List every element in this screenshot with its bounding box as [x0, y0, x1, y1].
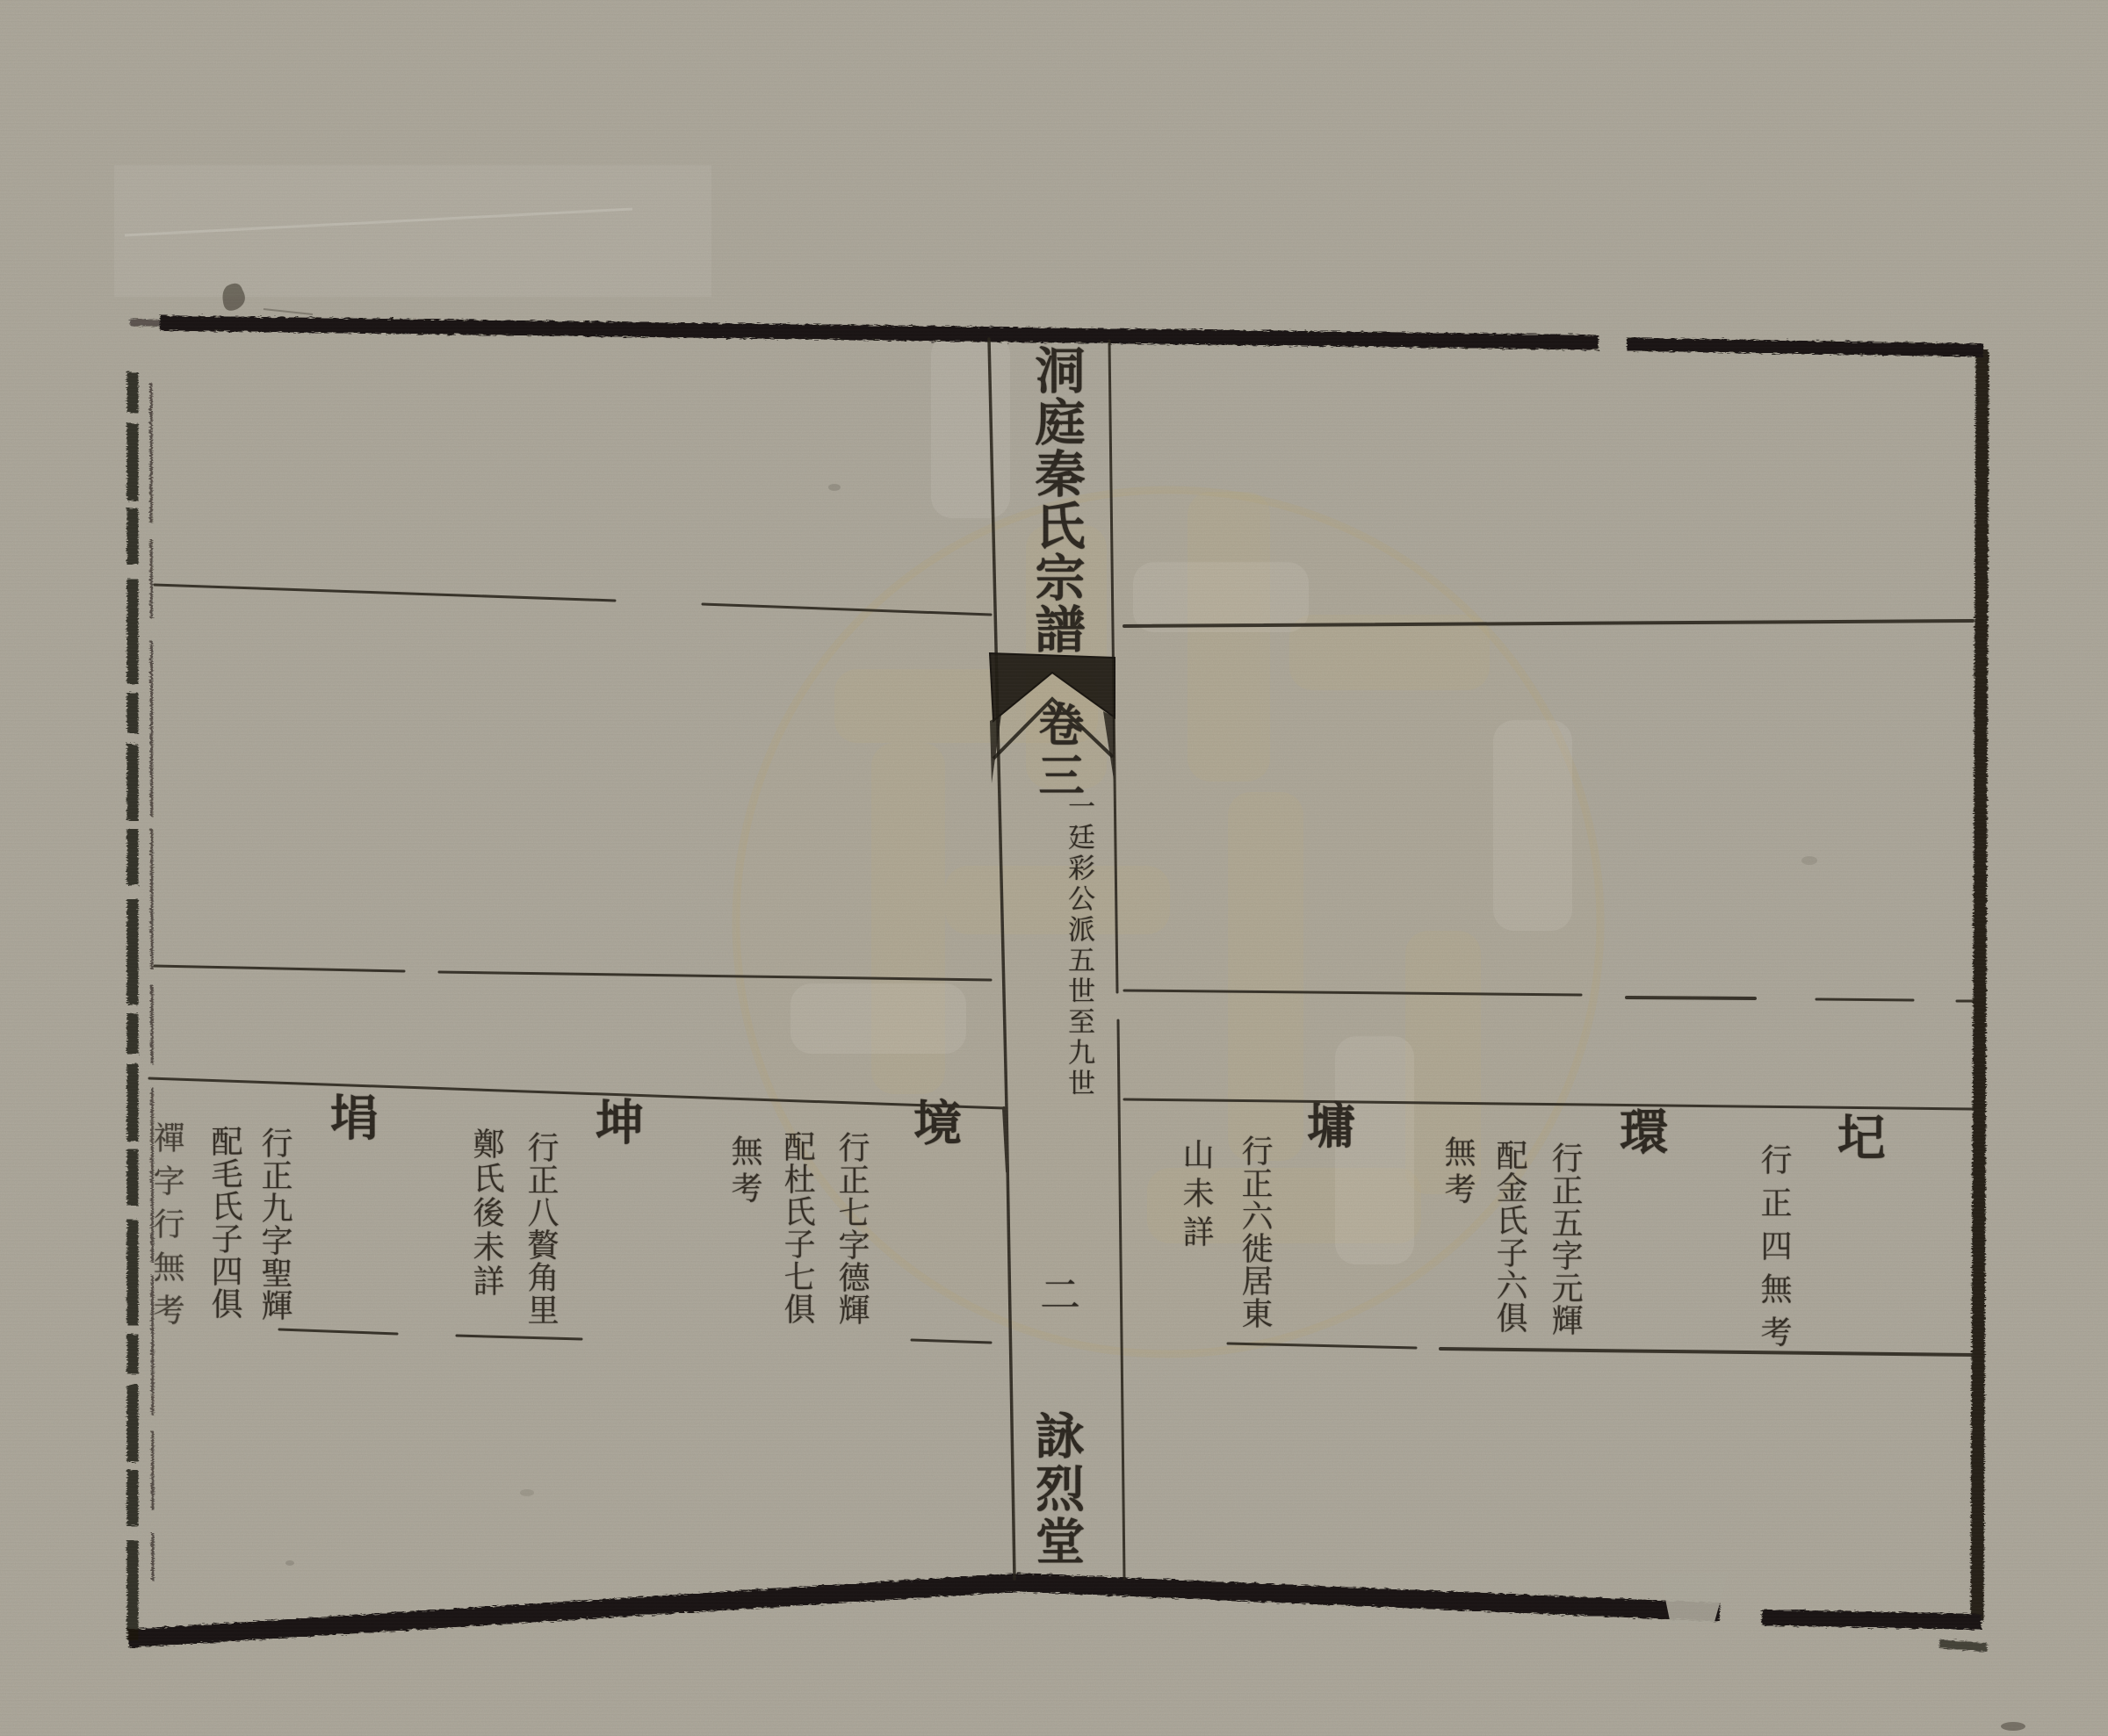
- entry-name: 墉: [1298, 1100, 1351, 1149]
- entry-detail-column: 禪字行無考: [148, 1121, 183, 1336]
- entry-detail-column: 行正七字德輝: [833, 1131, 868, 1326]
- entry-detail-column: 鄭氏後未詳: [467, 1127, 502, 1299]
- entry-detail-column: 行正六徙居東: [1236, 1135, 1271, 1329]
- entry-detail-column: 配杜氏子七俱: [778, 1130, 813, 1325]
- entry-detail-column: 無考: [726, 1135, 761, 1208]
- entry-name: 境: [905, 1098, 957, 1146]
- entry-name: 埍: [321, 1092, 374, 1141]
- entry-detail-column: 行正四無考: [1755, 1143, 1790, 1358]
- entry-detail-column: 配毛氏子四俱: [206, 1125, 241, 1320]
- entry-detail-column: 無考: [1439, 1135, 1474, 1209]
- entry-name: 坤: [587, 1097, 639, 1145]
- page-number: 二: [1031, 1273, 1077, 1317]
- hall-name: 詠烈堂: [1026, 1410, 1080, 1568]
- entry-detail-column: 山未詳: [1177, 1138, 1212, 1254]
- section-title: 廷彩公派五世至九世: [1064, 823, 1094, 1099]
- entry-detail-column: 行正九字聖輝: [256, 1127, 291, 1322]
- entry-name: 圮: [1829, 1112, 1881, 1160]
- entry-name: 環: [1611, 1106, 1664, 1155]
- genealogy-scan-spread: 洞庭秦氏宗譜 卷三 一廷彩公派五世至九世 二 詠烈堂 圮 行正四無考 環 行正五…: [0, 0, 2108, 1736]
- entry-detail-column: 行正八贅角里: [522, 1131, 557, 1326]
- entry-detail-column: 配金氏子六俱: [1491, 1139, 1526, 1334]
- spine-title: 洞庭秦氏宗譜: [1022, 344, 1080, 655]
- volume-label: 卷三: [1026, 701, 1079, 803]
- entry-detail-column: 行正五字元輝: [1546, 1142, 1581, 1336]
- section-index: 一: [1064, 792, 1094, 823]
- section-heading: 一廷彩公派五世至九世: [1059, 792, 1093, 1099]
